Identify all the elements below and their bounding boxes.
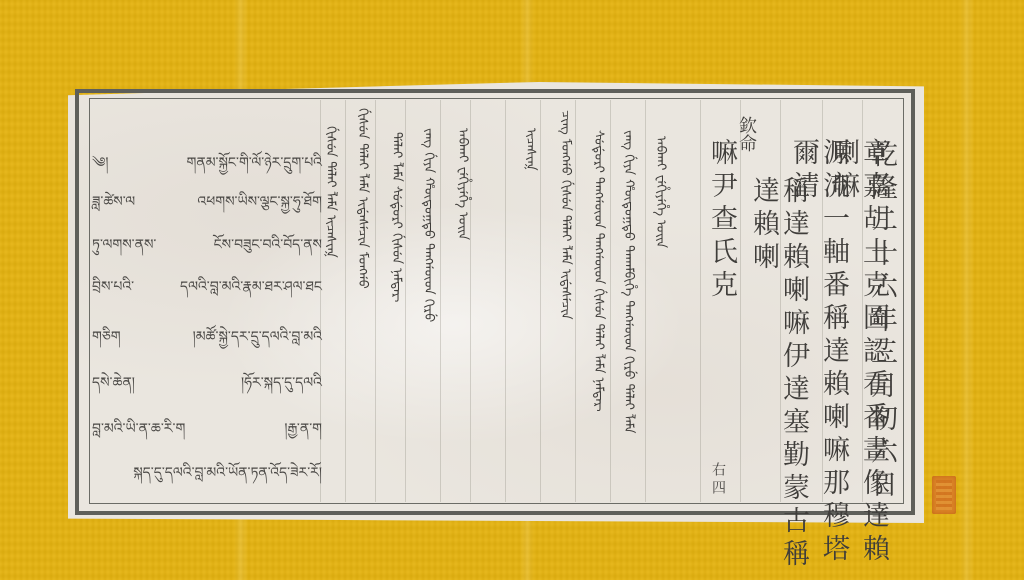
- manchu-column: ᠠᠪᡴᠠᡳ ᠸᡝᡥᡳᠶᡝᡥᡝ ᠣᡳᠨ: [454, 128, 470, 240]
- tibetan-row-main: སྐད་དུ་དལའི་བླ་མའི་ཡོན་ཏན་འོད་ཟེར་རོ།: [133, 456, 322, 496]
- tibetan-row-main: །ཧོར་སྐད་དུ་དལའི: [241, 366, 322, 406]
- column-rule: [375, 100, 376, 502]
- tibetan-row-lead: ཏུ་ལགས་ནས་: [92, 228, 156, 268]
- column-rule: [440, 100, 441, 502]
- tibetan-row-main: གནམ་སྐྱོང་གི་ལོ་ཉེར་དྲུག་པའི: [187, 146, 322, 186]
- manchu-column: ᠵᠠᠩ ᡤᡳᠶᠠ ᡥᡡᡨᡠᡴᡨᡠ ᡨᠠᠩᡤᡡᡨ ᡴᡳᡵᡠ: [420, 128, 436, 322]
- tibetan-row-lead: གཅིག: [92, 320, 121, 360]
- column-rule: [740, 100, 741, 502]
- manchu-column: ᠵᠠᠩ ᡤᡳᠶᠠ ᡥᡡᡨᡠᡴᡨᡠ ᡨᠠᡴᠠᠮᠪᡳᡥᡝ ᡨᠠᠩᡤᡡᡨ ᡴᡳᡵᡠ ᡩ…: [620, 130, 636, 433]
- tibetan-row-main: དལའི་བླ་མའི་རྣམ་ཐར་ཤལ་ཐང: [180, 270, 322, 310]
- tibetan-row-lead: བླ་མའི་ཡི་ན་ཆ་རི་ག: [92, 412, 185, 452]
- tibetan-row-lead: དསེ་ཆེན།: [92, 366, 135, 406]
- tibetan-row-main: །མཚོ་སྐྱེ་དར་དྲུ་དལའི་བླ་མའི: [193, 320, 322, 360]
- manchu-column: ᠠᠪᡴᠠᡳ ᠸᡝᡥᡳᠶᡝᡥᡝ ᠣᡳᠨ: [652, 136, 668, 248]
- manchu-column: ᡳᠴᠠᠰᡳᡴ: [522, 128, 538, 171]
- tibetan-row: གཅིག །མཚོ་སྐྱེ་དར་དྲུ་དལའི་བླ་མའི: [92, 320, 322, 360]
- tibetan-row-main: འཕགས་ཡིས་ལྕང་སྐྱ་ཧུ་ཐོག: [197, 185, 322, 225]
- tibetan-row-lead: ཟླ་ཚེས་ལ: [92, 185, 135, 225]
- manchu-column: ᠰᡠᡩᡠᡵᡳ ᡨᠠᠩᡤᡡᡨ ᡨᠠᠩᡤᡡᡨ ᡤᡳᠰᡠᠨ ᡩᠠᠯᠠᡳ ᠯᠠᠮᠠ ᠨᠠ…: [590, 130, 606, 412]
- column-rule: [575, 100, 576, 502]
- manchu-column: ᠴᡳᠩ ᠮᠣᠩᡤᠣ ᡤᡳᠰᡠᠨ ᡩᠠᠯᠠᡳ ᠯᠠᠮᠠ ᡳᡩᠠᠰᡝᠴᡳᠨ: [557, 110, 573, 320]
- column-rule: [405, 100, 406, 502]
- tibetan-row-main: །རྒྱ་ན་ག: [284, 412, 322, 452]
- column-rule: [540, 100, 541, 502]
- column-rule: [470, 100, 471, 502]
- column-rule: [700, 100, 701, 502]
- position-label: 右四: [708, 462, 728, 498]
- column-rule: [610, 100, 611, 502]
- chinese-column-4: 稱達賴喇嘛伊達塞勤蒙古稱達賴喇: [748, 176, 808, 580]
- column-rule: [345, 100, 346, 502]
- chinese-honorific-prefix: 欽命: [736, 116, 756, 152]
- manchu-column: ᡤᡳᠰᡠᠨ ᡩᠠᠯᠠᡳ ᠯᠠᠮᠠ ᡳᠴᠠᠰᡳᡴ: [322, 126, 338, 258]
- tibetan-row: བྲིས་པའི་ དལའི་བླ་མའི་རྣམ་ཐར་ཤལ་ཐང: [92, 270, 322, 310]
- tibetan-row: ཏུ་ལགས་ནས་ ངོས་བཟུང་བའི་བོད་ནས: [92, 228, 322, 268]
- red-seal-stamp: [932, 476, 956, 514]
- tibetan-row: ༄། གནམ་སྐྱོང་གི་ལོ་ཉེར་དྲུག་པའི: [92, 146, 322, 186]
- column-rule: [645, 100, 646, 502]
- tibetan-row-lead: བྲིས་པའི་: [92, 270, 134, 310]
- column-rule: [505, 100, 506, 502]
- tibetan-row: ཟླ་ཚེས་ལ འཕགས་ཡིས་ལྕང་སྐྱ་ཧུ་ཐོག: [92, 185, 322, 225]
- silk-fold: [960, 0, 974, 580]
- tibetan-row: དསེ་ཆེན། །ཧོར་སྐད་དུ་དལའི: [92, 366, 322, 406]
- tibetan-row: བླ་མའི་ཡི་ན་ཆ་རི་ག །རྒྱ་ན་ག: [92, 412, 322, 452]
- tibetan-row-lead: ༄།: [92, 146, 108, 186]
- manchu-column: ᡩᠠᠯᠠᡳ ᠯᠠᠮᠠ ᠰᡠᡩᡠᡵᡳ ᡤᡳᠰᡠᠨ ᠨᠠᠮᡨᠠᡵ: [388, 132, 404, 302]
- manchu-column: ᡤᡳᠰᡠᠨ ᡩᠠᠯᠠᡳ ᠯᠠᠮᠠ ᡳᡩᠠᠰᡝᠴᡳᠨ ᠮᠣᠩᡤᠣ: [354, 108, 370, 289]
- chinese-column-5: 嘛尹查氏克: [706, 138, 736, 303]
- tibetan-row-main: ངོས་བཟུང་བའི་བོད་ནས: [214, 228, 322, 268]
- tibetan-row: སྐད་དུ་དལའི་བླ་མའི་ཡོན་ཏན་འོད་ཟེར་རོ།: [92, 456, 322, 496]
